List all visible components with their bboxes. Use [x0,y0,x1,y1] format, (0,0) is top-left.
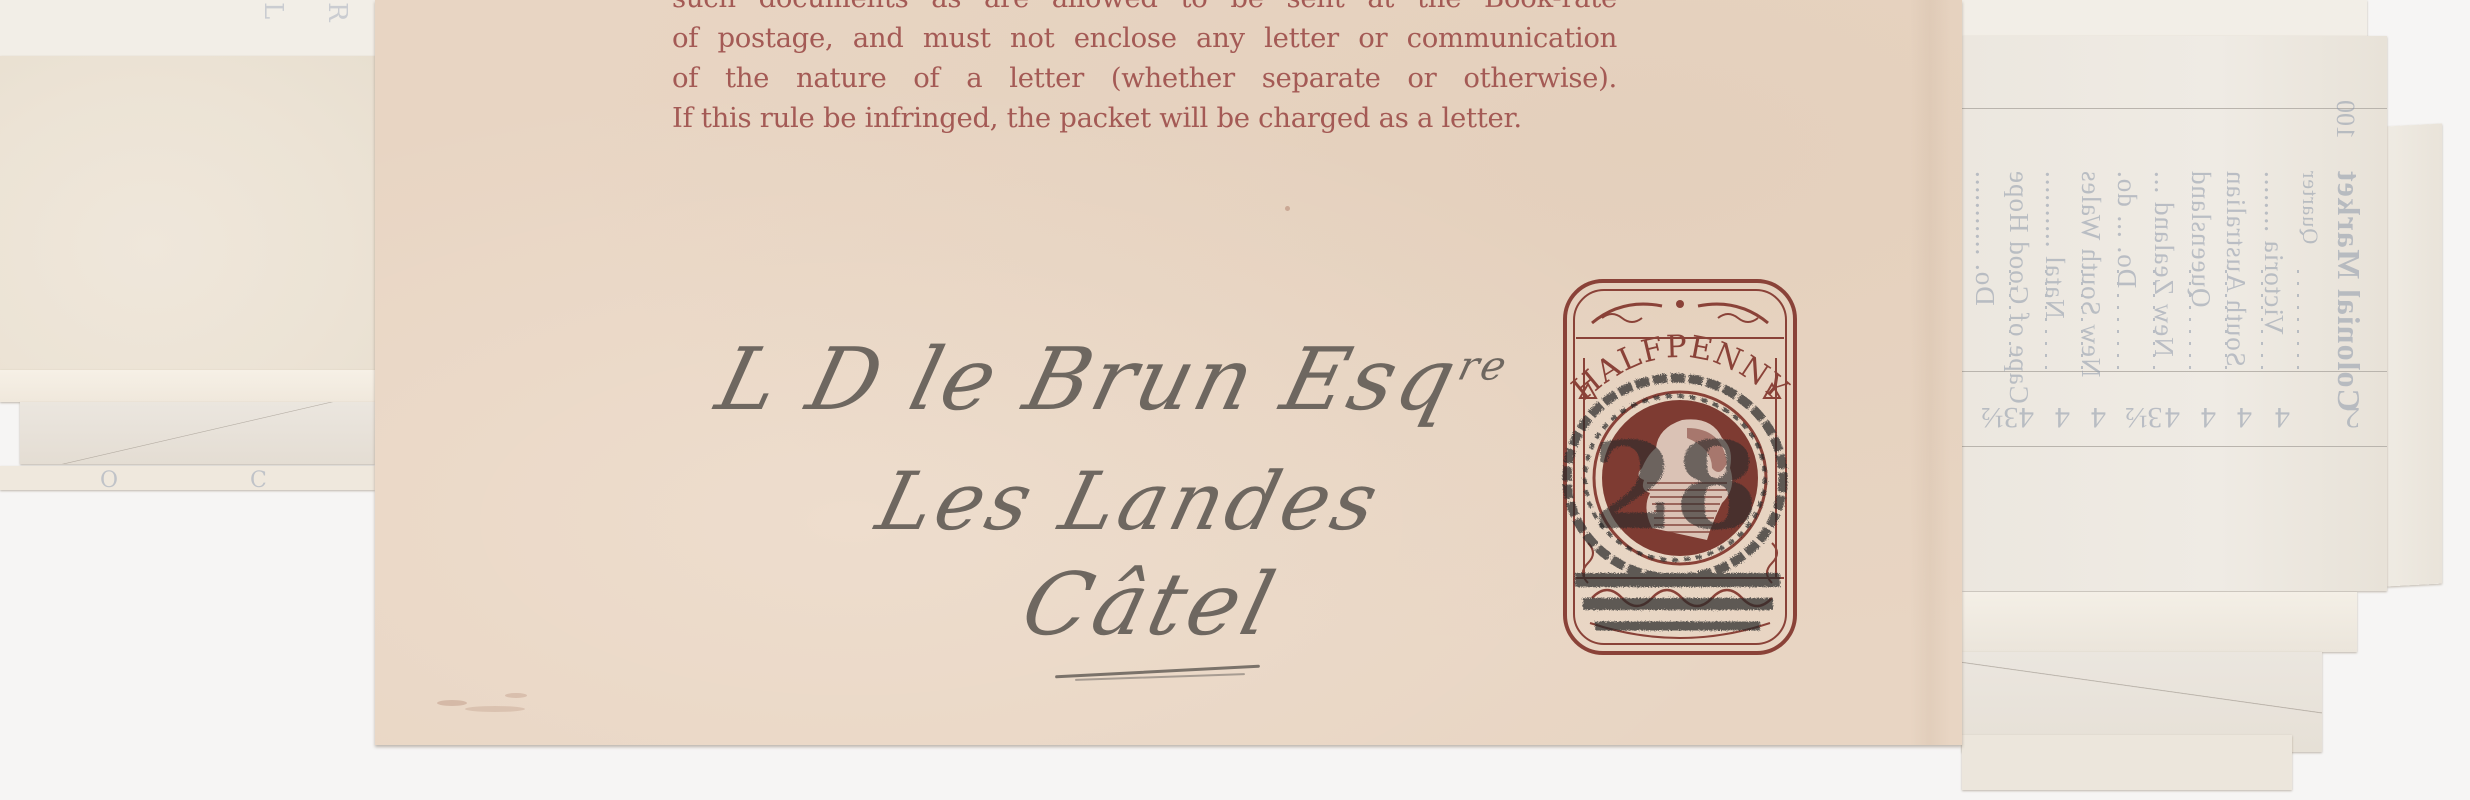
notice-line: of the nature of a letter (whether separ… [672,58,1617,98]
bleed-value: 4 [2165,400,2180,434]
address-name: L D le Brun Esqre [708,330,1518,430]
bleed-value: 4 [2055,400,2070,434]
newspaper-bleed-through-text: 100 Colonial Market Quarter Victoria ...… [1975,40,2375,585]
bleed-value: 3½ [1981,400,2019,434]
address-street: Les Landes [868,455,1390,548]
notice-line: of postage, and must not enclose any let… [672,18,1617,58]
newspaper-flap-right [2387,124,2442,587]
newspaper-fold-bottom-right [1962,735,2292,790]
postmark-numeral: 28 [1592,416,1759,557]
newspaper-strip-left [20,402,375,464]
bleed-row: New South Wales [2075,170,2106,377]
bleed-glyph: R [322,2,352,22]
postal-wrapper: such documents as are allowed to be sent… [375,0,1962,745]
bleed-row: Cape of Good Hope [2003,170,2034,404]
notice-line: If this rule be infringed, the packet wi… [672,98,1617,138]
newspaper-fold-top-right [1962,0,2367,38]
bleed-value: 3½ [2125,400,2163,434]
bleed-heading: Colonial Market [2330,170,2367,412]
bleed-value: 4 [2237,400,2252,434]
bleed-top-number: 100 [2330,100,2360,139]
bleed-value: 2 [2345,400,2360,434]
stain-spot [1285,206,1290,211]
bleed-row: Natal .......... [2039,170,2070,319]
bleed-glyph: C [250,468,267,493]
bleed-glyph: O [100,468,118,493]
printed-notice: such documents as are allowed to be sent… [672,0,1617,138]
stain-spot [505,693,527,698]
newspaper-fold-crease-left [0,370,375,402]
postmark-cancellation: 28 [1535,360,1790,635]
address-parish: Câtel [1013,555,1288,655]
bleed-value: 4 [2201,400,2216,434]
notice-line: such documents as are allowed to be sent… [672,0,1617,18]
bleed-value: 4 [2091,400,2106,434]
bleed-glyph: L [258,2,288,19]
address-name-suffix: re [1454,343,1514,389]
stain-spot [437,700,467,706]
bleed-subheading: Quarter [2297,170,2323,244]
bleed-value: 4 [2275,400,2290,434]
bleed-row: Do. ........... [1969,170,2000,306]
bleed-row: Do. ... do. [2111,170,2142,288]
newspaper-fold-top-left: L R [0,0,380,58]
newspaper-fold-lower-right [1962,592,2357,652]
stain-spot [465,706,525,712]
newspaper-fold-left [0,56,378,374]
newspaper-fold-bottom-left: O C [0,466,375,490]
bleed-value: 4 [2019,400,2034,434]
